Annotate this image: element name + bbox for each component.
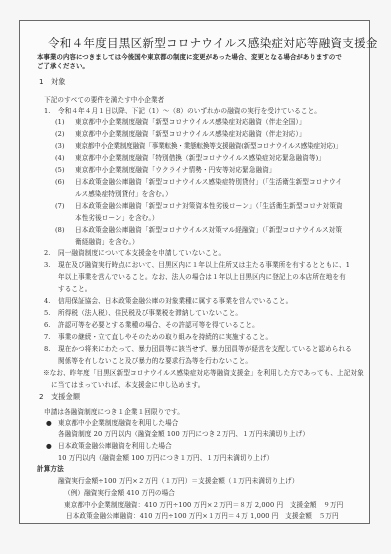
requirement-4-text: 信用保証協会、日本政策金融公庫の対象業種に属する事業を営んでいること。: [58, 297, 292, 305]
loan-3-number: (3): [55, 142, 65, 150]
loan-8-text-line-2: 衛経融資」を含む。）: [75, 238, 139, 246]
loan-3-text: 東京都中小企業制度融資「事業転換・業態転換等支援融資(新型コロナウイルス感染症対…: [75, 142, 342, 150]
requirement-3-text-line-1: 現在及び融資実行時点において、目黒区内に１年以上住所又は主たる事業所を有するとと…: [58, 261, 350, 269]
loan-4-number: (4): [55, 154, 65, 162]
requirement-5-text: 所得税（法人税）、住民税及び事業税を滞納していないこと。: [58, 309, 242, 317]
calc-method-heading: 計算方法: [37, 465, 64, 473]
page-title: 令和４年度目黒区新型コロナウイルス感染症対応等融資支援金: [48, 36, 378, 50]
requirement-7-text: 事業の継続・立て直しやそのための取り組みを持続的に実施すること。: [58, 333, 272, 341]
requirement-3-text-line-2: 年以上事業を営んでいること。なお、法人の場合は１年以上目黒区内に登記上の本店所在…: [58, 273, 346, 281]
loan-5-number: (5): [55, 166, 65, 174]
bullet-tokyo-detail: 各融資制度 20 万円以内（融資金額 100 万円につき２万円、１万円未満切り上…: [58, 430, 309, 438]
section-1-heading: 1 対象: [39, 78, 66, 86]
requirement-8-text-line-2: 関係等を有しないこと及び暴力的な要求行為等を行わないこと。: [58, 357, 252, 365]
requirement-6-text: 許認可等を必要とする業種の場合、その許認可等を得ていること。: [58, 321, 259, 329]
requirement-3-number: 3.: [44, 261, 51, 269]
calc-formula: 融資実行金額÷100 万円×２万円（１万円）＝支援金額（１万円未満切り上げ）: [58, 477, 299, 485]
section-2-intro: 申請は各融資制度につき１企業１回限りです。: [44, 408, 184, 416]
requirement-4-number: 4.: [44, 297, 51, 305]
loan-2-number: (2): [55, 130, 65, 138]
section-1-intro: 下記のすべての要件を満たす中小企業者: [44, 96, 164, 104]
bullet-tokyo-label: 東京都中小企業制度融資を利用した場合: [58, 419, 179, 427]
loan-5-text: 東京都中小企業制度融資「ウクライナ情勢・円安等対応緊急融資」: [75, 166, 276, 174]
loan-7-number: (7): [55, 202, 65, 210]
loan-6-text-line-2: ルス感染症特別貸付」を含む。）: [75, 190, 172, 198]
requirement-8-text-line-1: 現在かつ将来にわたって、暴力団員等に該当せず、暴力団員等が経営を支配していると認…: [58, 345, 352, 353]
requirement-3-text-line-3: すること。: [58, 285, 91, 293]
loan-1-number: (1): [55, 118, 65, 126]
loan-1-text: 東京都中小企業制度融資「新型コロナウイルス感染症対応融資（伴走全国）」: [75, 118, 306, 126]
requirement-2-text: 同一融資制度について本支援金を申請していないこと。: [58, 249, 225, 257]
calc-example-jfc: 日本政策金融公庫融資：410 万円÷100 万円×１万円＝４万 1,000 円 …: [66, 512, 339, 520]
notice-line-2: ご了承ください。: [37, 62, 89, 70]
requirement-7-number: 7.: [44, 333, 51, 341]
loan-7-text-line-1: 日本政策金融公庫融資「新型コロナ対策資本性劣後ローン」（「生活衛生新型コロナ対策…: [75, 202, 343, 210]
bullet-jfc-label: 日本政策金融公庫融資を利用した場合: [58, 442, 172, 450]
notice-line-1: 本事業の内容につきましては今後国や東京都の制度に変更があった場合、変更となる場合…: [37, 53, 342, 61]
loan-6-text-line-1: 日本政策金融公庫融資「新型コロナウイルス感染症特別貸付」（「生活衛生新型コロナウ…: [75, 178, 342, 186]
requirement-6-number: 6.: [44, 321, 51, 329]
section-2-heading: 2 支援金額: [39, 393, 80, 401]
loan-7-text-line-2: 本性劣後ローン」を含む。）: [75, 214, 159, 222]
bullet-icon: ●: [46, 442, 52, 450]
calc-example-tokyo: 東京都中小企業制度融資：410 万円÷100 万円×２万円＝８万 2,000 円…: [64, 501, 343, 509]
loan-4-text: 東京都中小企業制度融資「特別借換（新型コロナウイルス感染症対応緊急融資等)」: [75, 154, 325, 162]
loan-8-text-line-1: 日本政策金融公庫融資「新型コロナウイルス対策マル経融資」（「新型コロナウイルス対…: [75, 226, 342, 234]
requirement-5-number: 5.: [44, 309, 51, 317]
loan-8-number: (8): [55, 226, 65, 234]
calc-example-label: （例）融資実行金額 410 万円の場合: [64, 489, 175, 497]
requirement-1-text: 令和４年４月１日以降、下記（1）～（8）のいずれかの融資の実行を受けていること。: [58, 107, 321, 115]
requirement-1-number: 1.: [44, 107, 51, 115]
requirement-8-number: 8.: [44, 345, 51, 353]
bullet-icon: ●: [46, 419, 52, 427]
loan-2-text: 東京都中小企業制度融資「新型コロナウイルス感染症対応融資（伴走対応）」: [75, 130, 306, 138]
loan-6-number: (6): [55, 178, 65, 186]
note-line-2: に当てはまっていれば、本支援金に申し込めます。: [51, 381, 204, 389]
requirement-2-number: 2.: [44, 249, 51, 257]
bullet-jfc-detail: 10 万円以内（融資金額 100 万円につき１万円、１万円未満切り上げ）: [58, 454, 273, 462]
note-line-1: ※なお、昨年度「目黒区新型コロナウイルス感染症対応等融資支援金」を利用した方であ…: [43, 369, 364, 377]
